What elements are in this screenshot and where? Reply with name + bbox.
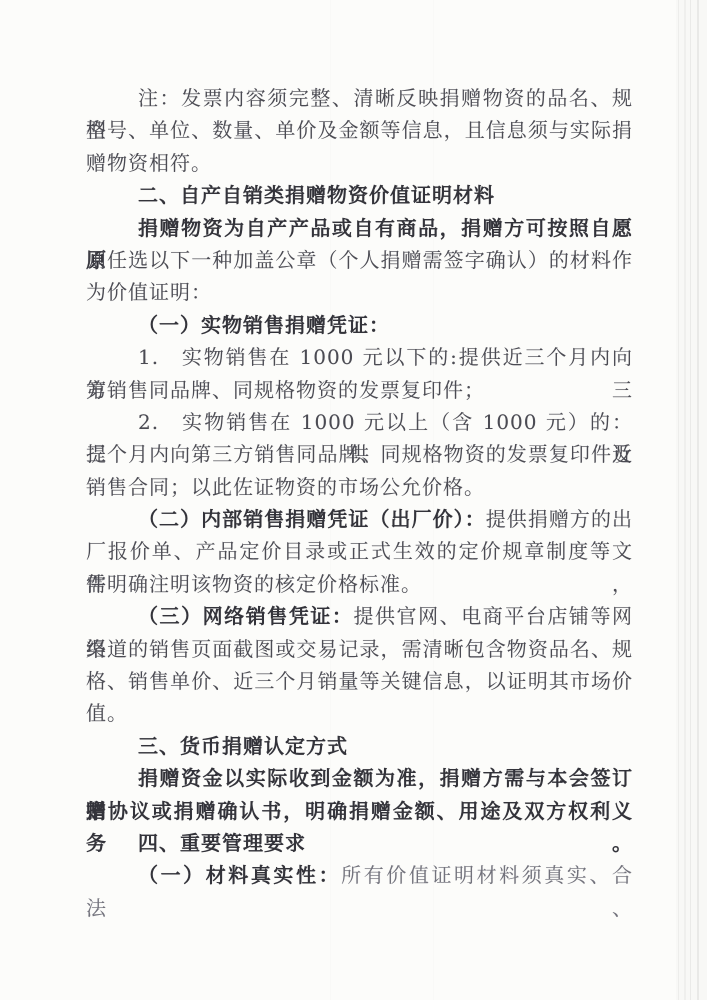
text-segment: 值。 <box>86 701 128 725</box>
text-segment: 提供捐赠方的出 <box>486 507 633 531</box>
text-segment: 三个月内向第三方销售同品牌、同规格物资的发票复印件及 <box>86 442 633 466</box>
text-line: 三、货币捐赠认定方式 <box>86 730 633 762</box>
text-segment: 为价值证明： <box>86 280 212 304</box>
text-line: 捐赠资金以实际收到金额为准，捐赠方需与本会签订捐 <box>86 762 633 794</box>
document-text-column: 注：发票内容须完整、清晰反映捐赠物资的品名、规格型号、单位、数量、单价及金额等信… <box>86 82 633 892</box>
text-line: 格、销售单价、近三个月销量等关键信息，以证明其市场价 <box>86 665 633 697</box>
text-segment: 需明确注明该物资的核定价格标准。 <box>86 572 422 596</box>
text-line: 为价值证明： <box>86 276 633 308</box>
text-line: 注：发票内容须完整、清晰反映捐赠物资的品名、规格 <box>86 82 633 114</box>
text-segment: （二）内部销售捐赠凭证（出厂价）： <box>138 507 486 531</box>
text-line: 厂报价单、产品定价目录或正式生效的定价规章制度等文件， <box>86 535 633 567</box>
scanned-document-page: 注：发票内容须完整、清晰反映捐赠物资的品名、规格型号、单位、数量、单价及金额等信… <box>0 0 707 1000</box>
text-segment: （三）网络销售凭证： <box>138 604 353 628</box>
text-line: 捐赠物资为自产产品或自有商品，捐赠方可按照自愿原 <box>86 212 633 244</box>
text-line: 赠协议或捐赠确认书，明确捐赠金额、用途及双方权利义务。 <box>86 795 633 827</box>
text-segment: 格、销售单价、近三个月销量等关键信息，以证明其市场价 <box>86 669 633 693</box>
text-line: 三个月内向第三方销售同品牌、同规格物资的发票复印件及 <box>86 438 633 470</box>
text-line: 型号、单位、数量、单价及金额等信息，且信息须与实际捐 <box>86 114 633 146</box>
text-line: 销售合同；以此佐证物资的市场公允价格。 <box>86 471 633 503</box>
text-line: 二、自产自销类捐赠物资价值证明材料 <box>86 179 633 211</box>
text-line: （一）材料真实性：所有价值证明材料须真实、合法、 <box>86 859 633 891</box>
text-line: 则任选以下一种加盖公章（个人捐赠需签字确认）的材料作 <box>86 244 633 276</box>
scan-streak <box>690 0 691 1000</box>
scan-streak-band <box>676 0 707 1000</box>
text-line: 值。 <box>86 697 633 729</box>
text-segment: （一）材料真实性： <box>138 863 341 887</box>
text-line: 赠物资相符。 <box>86 147 633 179</box>
text-segment: 四、重要管理要求 <box>138 831 306 855</box>
text-segment: 销售合同；以此佐证物资的市场公允价格。 <box>86 475 485 499</box>
text-line: 渠道的销售页面截图或交易记录，需清晰包含物资品名、规 <box>86 633 633 665</box>
text-segment: 方销售同品牌、同规格物资的发票复印件； <box>86 378 485 402</box>
text-line: 1. 实物销售在 1000 元以下的:提供近三个月内向第三 <box>86 341 633 373</box>
scan-streak <box>697 0 699 1000</box>
text-line: （三）网络销售凭证：提供官网、电商平台店铺等网络 <box>86 600 633 632</box>
scan-streak <box>684 0 686 1000</box>
scan-streak <box>678 0 679 1000</box>
text-line: 2. 实物销售在 1000 元以上（含 1000 元）的：提供近 <box>86 406 633 438</box>
text-line: （一）实物销售捐赠凭证： <box>86 309 633 341</box>
text-segment: 型号、单位、数量、单价及金额等信息，且信息须与实际捐 <box>86 118 633 142</box>
text-segment: 渠道的销售页面截图或交易记录，需清晰包含物资品名、规 <box>86 637 633 661</box>
text-segment: 赠物资相符。 <box>86 151 212 175</box>
text-segment: （一）实物销售捐赠凭证： <box>138 313 390 337</box>
text-segment: 则任选以下一种加盖公章（个人捐赠需签字确认）的材料作 <box>86 248 633 272</box>
text-line: （二）内部销售捐赠凭证（出厂价）：提供捐赠方的出 <box>86 503 633 535</box>
text-segment: 二、自产自销类捐赠物资价值证明材料 <box>138 183 495 207</box>
text-segment: 三、货币捐赠认定方式 <box>138 734 348 758</box>
